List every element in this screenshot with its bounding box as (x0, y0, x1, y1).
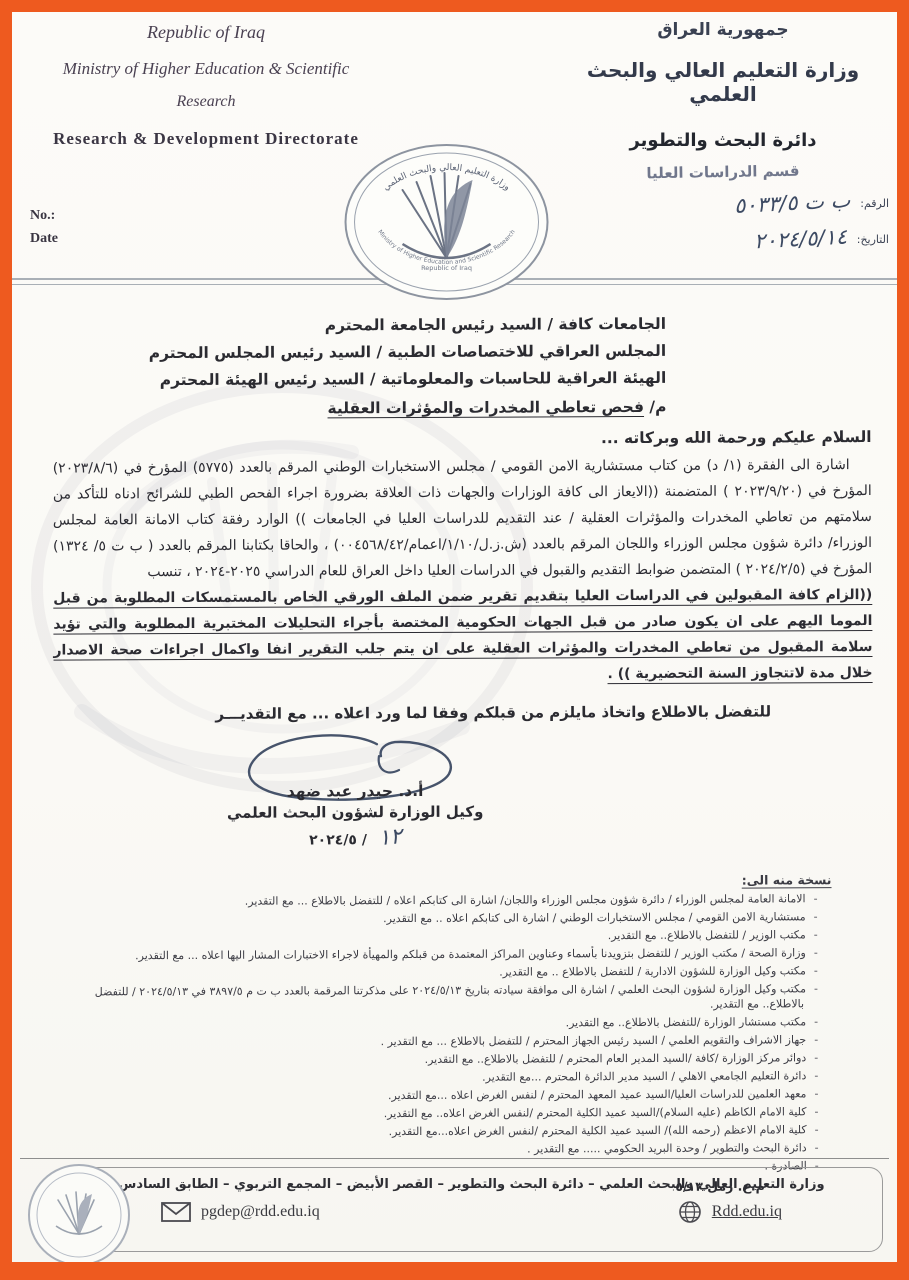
no-label: No.: (30, 204, 58, 227)
english-ministry-line2: Research (28, 93, 384, 111)
cc-title: نسخة منه الى: (54, 872, 831, 890)
recipient-line-ict-authority: الهيئة العراقية للحاسبات والمعلوماتية / … (202, 365, 666, 394)
footer-contact-box: وزارة التعليم العالي والبحث العلمي – دائ… (60, 1167, 883, 1252)
reference-number-row: الرقم: ب ت ٥٠٣٣/٥ (555, 189, 891, 217)
scanned-letter-page: Republic of Iraq Ministry of Higher Educ… (0, 0, 909, 1280)
letter-date-handwritten: ٢٠٢٤/٥/١٤ (753, 225, 847, 254)
seal-center-text: Republic of Iraq (421, 264, 472, 272)
footer-seal-icon (26, 1162, 132, 1266)
cc-item: دوائر مركز الوزارة /كافة /السيد المدير ا… (55, 1050, 832, 1068)
arabic-directorate: دائرة البحث والتطوير (555, 130, 891, 151)
footer-website-item: Rdd.edu.iq (678, 1200, 782, 1224)
reference-number-handwritten: ب ت ٥٠٣٣/٥ (733, 188, 850, 218)
letter-date-row: التاريخ: ٢٠٢٤/٥/١٤ (555, 225, 891, 253)
recipients-block: الجامعات كافة / السيد رئيس الجامعة المحت… (202, 311, 666, 423)
cc-item: وزارة الصحة / مكتب الوزير / للتفضل بتزوي… (55, 945, 832, 963)
globe-icon (678, 1200, 702, 1224)
letter-date-label: التاريخ: (857, 233, 889, 246)
signatory-name: أ.د. حيدر عبد ضهد (205, 782, 505, 801)
subject-line: م/ فحص تعاطي المخدرات والمؤثرات العقلية (202, 394, 666, 423)
cc-item: جهاز الاشراف والتقويم العلمي / السيد رئي… (55, 1032, 832, 1050)
signature-day-handwritten: ١٢ (377, 824, 403, 851)
arabic-ministry: وزارة التعليم العالي والبحث العلمي (555, 58, 891, 106)
signature-block: أ.د. حيدر عبد ضهد وكيل الوزارة لشؤون الب… (205, 726, 506, 851)
cc-item: مستشارية الامن القومي / مجلس الاستخبارات… (55, 909, 832, 927)
cc-item: مكتب الوزير / للتفضل بالاطلاع.. مع التقد… (55, 927, 832, 945)
cc-list: الامانة العامة لمجلس الوزراء / دائرة شؤو… (55, 891, 833, 1176)
cc-item: كلية الامام الكاظم (عليه السلام)/السيد ع… (55, 1104, 832, 1122)
signatory-title: وكيل الوزارة لشؤون البحث العلمي (205, 803, 505, 822)
body-paragraph-reference: اشارة الى الفقرة (١/ د) من كتاب مستشارية… (53, 452, 873, 586)
cc-item: مكتب وكيل الوزارة للشؤون الادارية / للتف… (55, 963, 832, 981)
greeting-line: السلام عليكم ورحمة الله وبركاته ... (53, 428, 872, 450)
footer-contact-row: pgdep@rdd.edu.iq Rdd.edu.iq (61, 1192, 882, 1224)
body-paragraphs: اشارة الى الفقرة (١/ د) من كتاب مستشارية… (53, 452, 873, 690)
body-paragraph-directive-underlined: ((الزام كافة المقبولين في الدراسات العلي… (53, 582, 872, 690)
recipient-line-universities: الجامعات كافة / السيد رئيس الجامعة المحت… (202, 311, 666, 340)
cc-item: الامانة العامة لمجلس الوزراء / دائرة شؤو… (55, 891, 832, 909)
cc-item: مكتب وكيل الوزارة لشؤون البحث العلمي / ا… (55, 981, 832, 1014)
arabic-country: جمهورية العراق (555, 20, 891, 40)
website-link[interactable]: Rdd.edu.iq (712, 1203, 782, 1221)
footer-address: وزارة التعليم العالي والبحث العلمي – دائ… (61, 1177, 882, 1192)
cc-item: معهد العلمين للدراسات العليا/السيد عميد … (55, 1086, 832, 1104)
footer: وزارة التعليم العالي والبحث العلمي – دائ… (12, 1158, 897, 1262)
cc-section: نسخة منه الى: الامانة العامة لمجلس الوزر… (54, 872, 832, 1176)
footer-email-item: pgdep@rdd.edu.iq (161, 1202, 320, 1222)
subject-text: فحص تعاطي المخدرات والمؤثرات العقلية (327, 398, 644, 417)
reference-label: الرقم: (860, 197, 889, 210)
cc-item: دائرة التعليم الجامعي الاهلي / السيد مدي… (55, 1068, 832, 1086)
no-date-labels: No.: Date (30, 204, 58, 250)
recipient-line-medical-council: المجلس العراقي للاختصاصات الطبية / السيد… (202, 338, 666, 367)
subject-prefix: م/ (644, 398, 667, 416)
cc-item: دائرة البحث والتطوير / وحدة البريد الحكو… (56, 1140, 833, 1158)
date-label: Date (30, 227, 58, 250)
english-country: Republic of Iraq (28, 22, 384, 43)
english-directorate: Research & Development Directorate (28, 129, 384, 149)
signature-date-printed: ٢٠٢٤/٥ / (309, 832, 367, 848)
ministry-seal-icon: وزارة التعليم العالي والبحث العلمي Minis… (340, 140, 552, 308)
letter-body: الجامعات كافة / السيد رئيس الجامعة المحت… (52, 310, 875, 1197)
arabic-letterhead: جمهورية العراق وزارة التعليم العالي والب… (555, 20, 891, 253)
cc-item: كلية الامام الاعظم (رحمه الله)/ السيد عم… (56, 1122, 833, 1140)
cc-item: مكتب مستشار الوزارة /للتفضل بالاطلاع.. م… (55, 1014, 832, 1032)
closing-line: للتفضل بالاطلاع واتخاذ مايلزم من قبلكم و… (54, 702, 873, 724)
footer-divider-line (20, 1158, 889, 1159)
envelope-icon (161, 1202, 191, 1222)
email-link[interactable]: pgdep@rdd.edu.iq (201, 1203, 320, 1221)
english-ministry-line1: Ministry of Higher Education & Scientifi… (28, 59, 384, 79)
english-letterhead: Republic of Iraq Ministry of Higher Educ… (28, 22, 384, 149)
arabic-department: قسم الدراسات العليا (555, 160, 891, 184)
signature-date: ٢٠٢٤/٥ / ١٢ (205, 825, 505, 851)
